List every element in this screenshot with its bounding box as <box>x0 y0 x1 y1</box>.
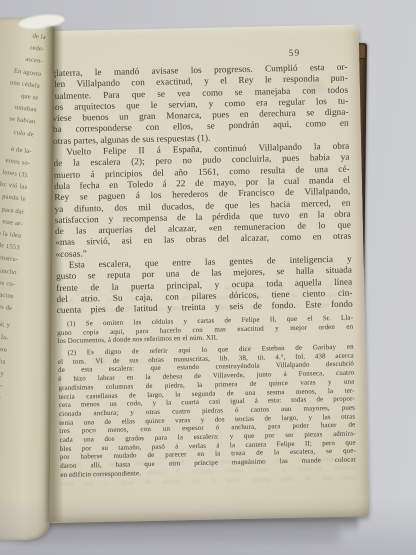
page-curl-highlight <box>18 13 65 31</box>
footnotes: (1) Se omiten las cédulas y cartas de Fe… <box>57 314 356 483</box>
page-number: 59 <box>23 49 300 65</box>
footnote: (2) Es digno de referir aqui lo que dice… <box>58 343 357 480</box>
paragraph: glaterra, le mandó avisase los progresos… <box>51 62 349 148</box>
book-photograph: de larede-ascen-En agostouna cédulaque s… <box>0 0 416 555</box>
footnote: (1) Se omiten las cédulas y cartas de Fe… <box>57 314 353 347</box>
facing-page-text-fragments: de larede-ascen-En agostouna cédulaque s… <box>0 26 47 446</box>
paragraph: Vuelto Felipe II á España, continuó Vill… <box>53 141 351 260</box>
facing-page-edge: de larede-ascen-En agostouna cédulaque s… <box>0 18 55 541</box>
body-text: glaterra, le mandó avisase los progresos… <box>51 62 352 317</box>
book-page: (2) Es digno de referir aqui lo que dice… <box>23 24 370 523</box>
paragraph: Esta escalera, que entre las gentes de i… <box>56 254 353 317</box>
